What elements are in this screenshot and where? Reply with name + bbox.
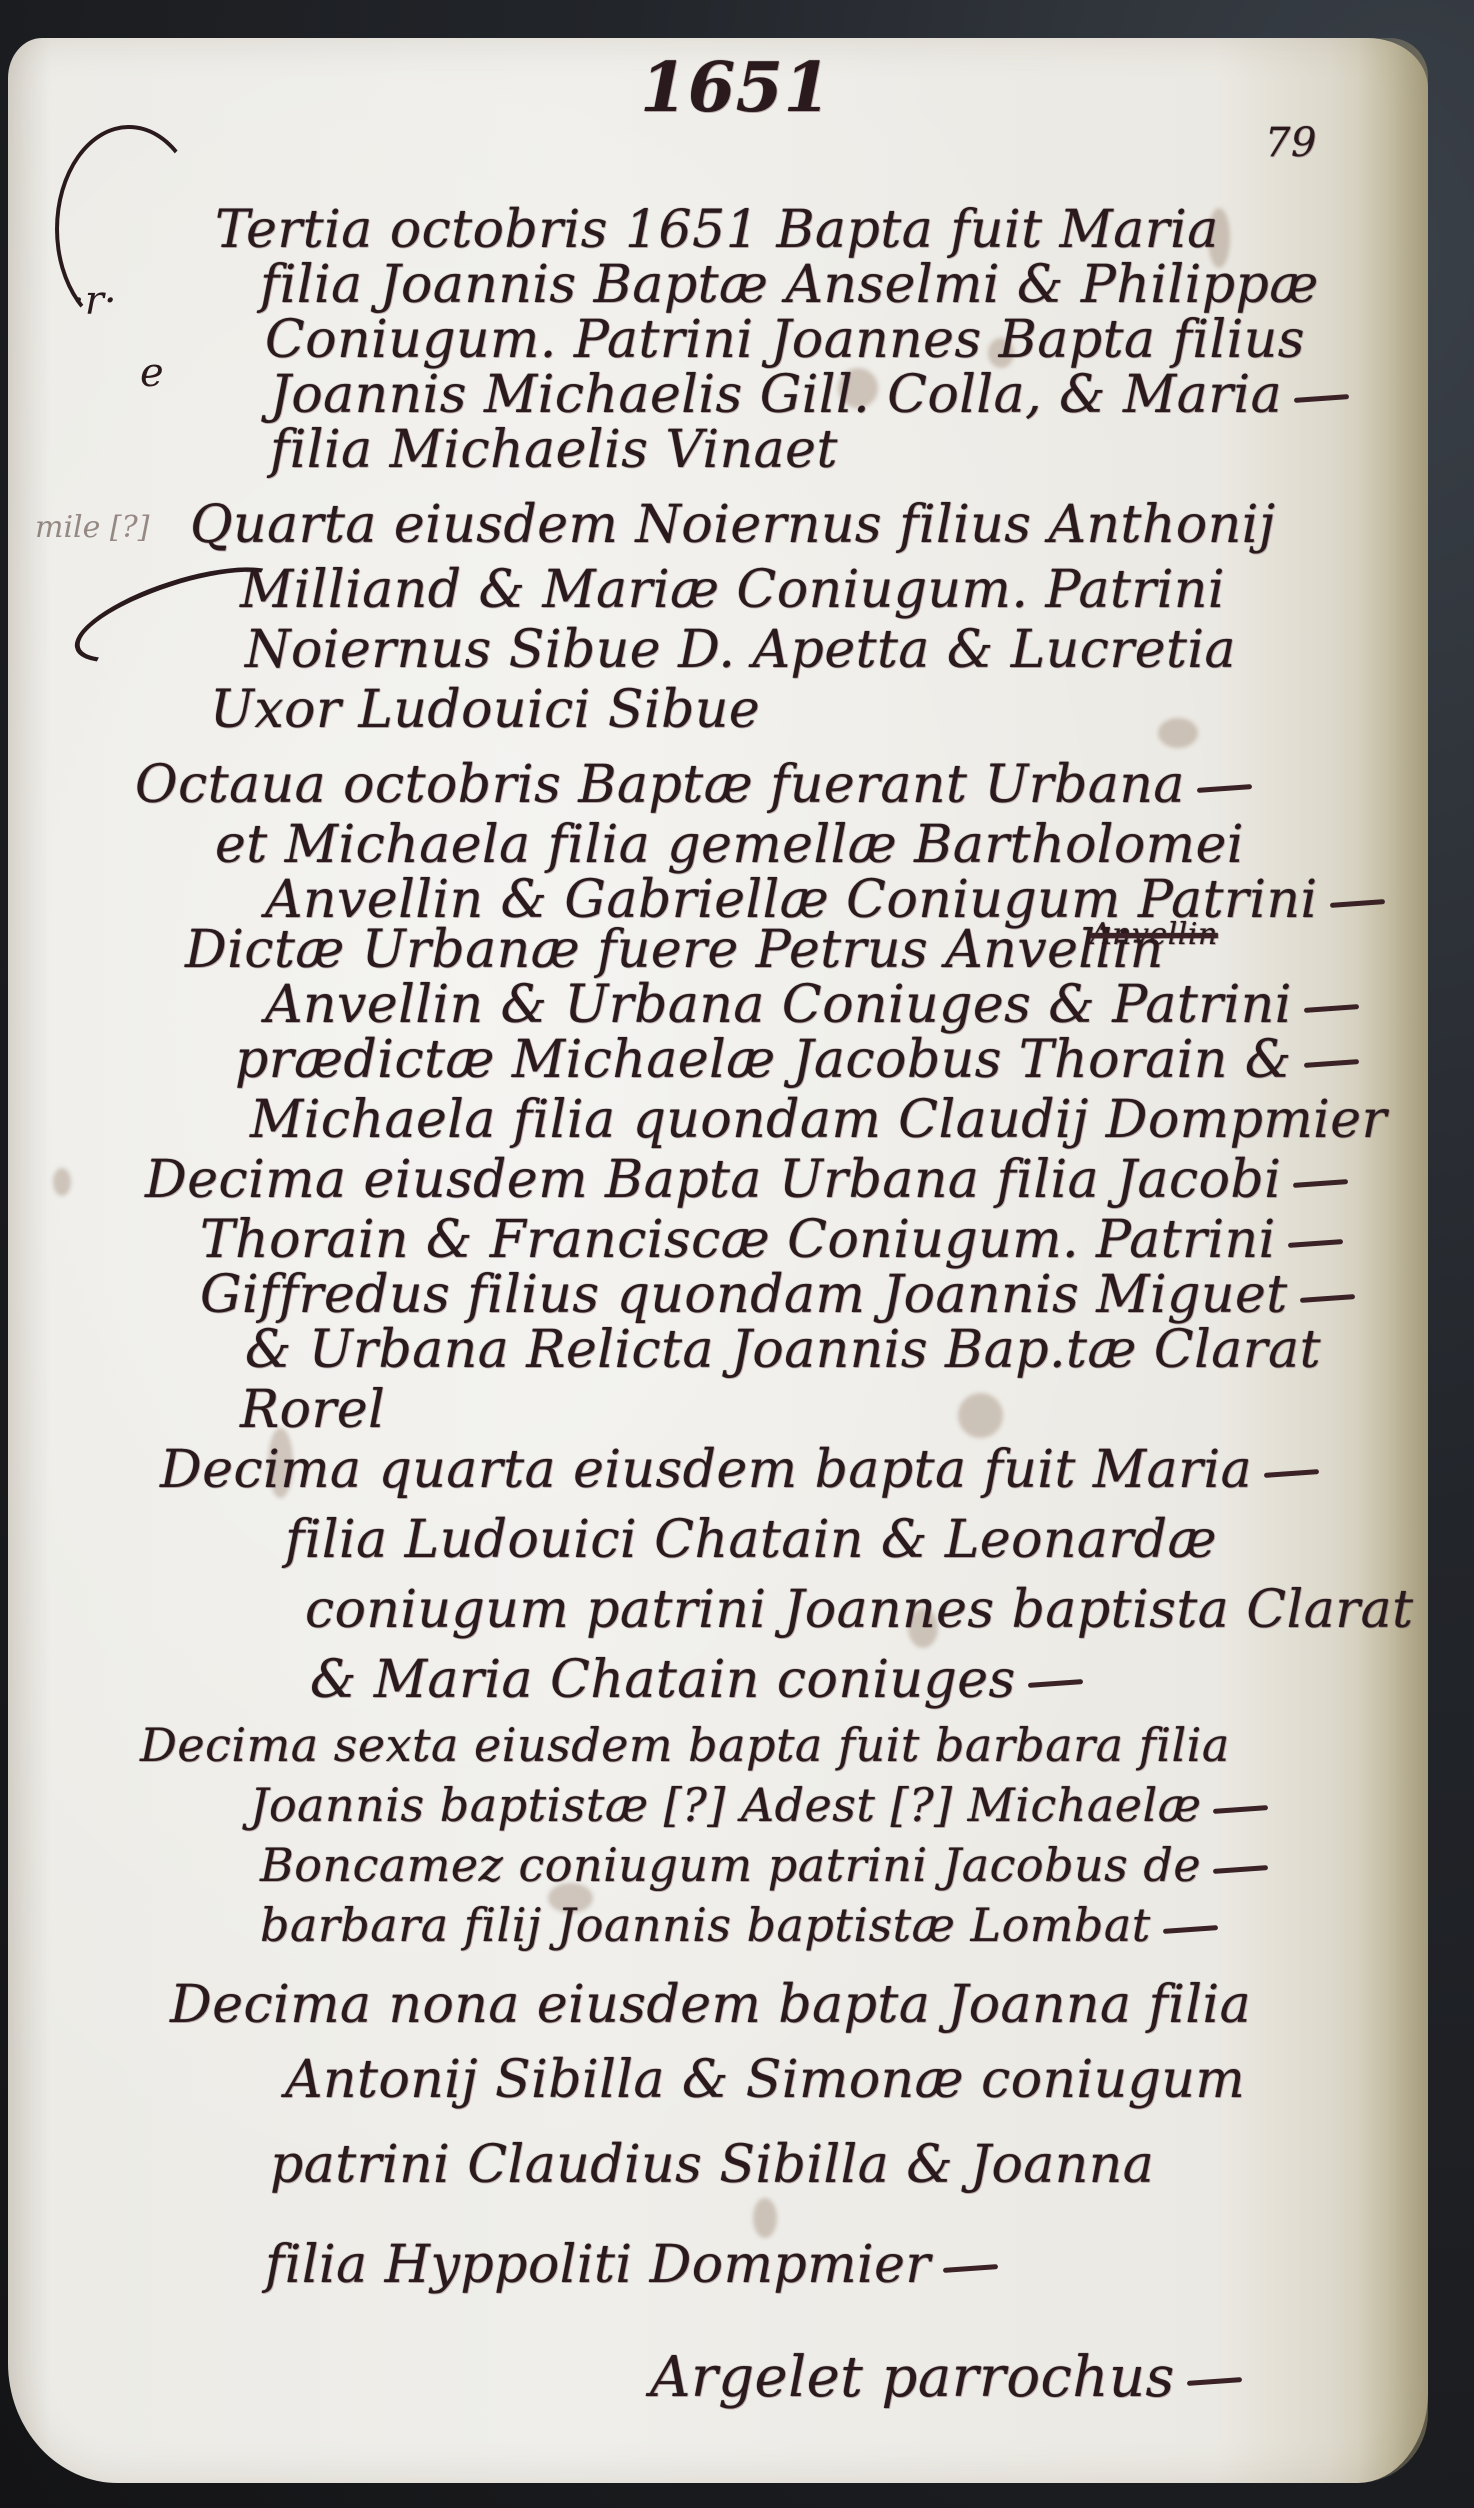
entry-text: Octaua octobris Baptæ fuerant Urbana	[135, 755, 1185, 815]
line-filler-dash	[1163, 1925, 1218, 1934]
entry-text: prædictæ Michaelæ Jacobus Thorain &	[235, 1030, 1292, 1090]
struck-out-text: Anvellin	[1090, 905, 1218, 965]
entry-line: filia Michaelis Vinaet	[270, 420, 838, 480]
entry-text: & Urbana Relicta Joannis Bap.tæ Clarat	[245, 1320, 1321, 1380]
entry-text: Uxor Ludouici Sibue	[210, 680, 760, 740]
entry-text: Joannis Michaelis Gill. Colla, & Maria	[270, 365, 1282, 425]
entry-text: Anvellin & Urbana Coniuges & Patrini	[265, 975, 1292, 1035]
entry-text: et Michaela filia gemellæ Bartholomei	[215, 815, 1244, 875]
entry-text: Tertia octobris 1651 Bapta fuit Maria	[215, 200, 1219, 260]
ink-bleed	[753, 2198, 777, 2238]
line-filler-dash	[1330, 899, 1385, 908]
line-filler-dash	[1288, 1239, 1343, 1248]
entry-line: Uxor Ludouici Sibue	[210, 680, 760, 740]
entry-line: patrini Claudius Sibilla & Joanna	[270, 2135, 1154, 2195]
entry-line: Decima sexta eiusdem bapta fuit barbara …	[140, 1715, 1230, 1775]
entry-line: Anvellin & Urbana Coniuges & Patrini	[265, 975, 1359, 1035]
entry-line: Tertia octobris 1651 Bapta fuit Maria	[215, 200, 1219, 260]
entry-text: Antonij Sibilla & Simonæ coniugum	[285, 2050, 1245, 2110]
entry-text: filia Ludouici Chatain & Leonardæ	[285, 1510, 1217, 1570]
entry-line: Giffredus filius quondam Joannis Miguet	[200, 1265, 1355, 1325]
entry-line: Thorain & Franciscæ Coniugum. Patrini	[200, 1210, 1343, 1270]
entry-text: Joannis baptistæ [?] Adest [?] Michaelæ	[250, 1778, 1201, 1832]
entry-text: Quarta eiusdem Noiernus filius Anthonij	[190, 495, 1275, 555]
entry-text: Decima nona eiusdem bapta Joanna filia	[170, 1975, 1251, 2035]
entry-text: patrini Claudius Sibilla & Joanna	[270, 2135, 1154, 2195]
line-filler-dash	[1213, 1865, 1268, 1874]
entry-line: Decima nona eiusdem bapta Joanna filia	[170, 1975, 1251, 2035]
entry-line: Noiernus Sibue D. Apetta & Lucretia	[245, 620, 1236, 680]
folio-number: 79	[1265, 120, 1317, 166]
entry-line: Decima quarta eiusdem bapta fuit Maria	[160, 1440, 1319, 1500]
entry-text: Michaela filia quondam Claudij Dompmier	[250, 1090, 1387, 1150]
entry-line: filia Ludouici Chatain & Leonardæ	[285, 1510, 1217, 1570]
margin-mark: ·r·	[72, 278, 117, 324]
entry-text: Milliand & Mariæ Coniugum. Patrini	[240, 560, 1225, 620]
year-heading: 1651	[640, 48, 831, 128]
entry-line: et Michaela filia gemellæ Bartholomei	[215, 815, 1244, 875]
entry-line: Joannis Michaelis Gill. Colla, & Maria	[270, 365, 1349, 425]
entry-line: & Urbana Relicta Joannis Bap.tæ Clarat	[245, 1320, 1321, 1380]
signature-flourish	[1187, 2377, 1242, 2386]
entry-line: prædictæ Michaelæ Jacobus Thorain &	[235, 1030, 1359, 1090]
entry-line: Octaua octobris Baptæ fuerant Urbana	[135, 755, 1252, 815]
entry-line: coniugum patrini Joannes baptista Clarat	[305, 1580, 1414, 1640]
entry-text: Rorel	[240, 1380, 385, 1440]
entry-text: & Maria Chatain coniuges	[310, 1650, 1016, 1710]
ink-bleed	[53, 1168, 71, 1196]
entry-line: Milliand & Mariæ Coniugum. Patrini	[240, 560, 1225, 620]
margin-note: mile [?]	[35, 510, 149, 545]
entry-line: & Maria Chatain coniuges	[310, 1650, 1083, 1710]
line-filler-dash	[1300, 1294, 1355, 1303]
entry-text: Decima quarta eiusdem bapta fuit Maria	[160, 1440, 1252, 1500]
entry-line: filia Hyppoliti Dompmier	[265, 2235, 998, 2295]
entry-line: Michaela filia quondam Claudij Dompmier	[250, 1090, 1387, 1150]
entry-text: Decima sexta eiusdem bapta fuit barbara …	[140, 1718, 1230, 1772]
line-filler-dash	[1304, 1059, 1359, 1068]
entry-text: Thorain & Franciscæ Coniugum. Patrini	[200, 1210, 1276, 1270]
entry-line: filia Joannis Baptæ Anselmi & Philippæ	[260, 255, 1319, 315]
signature-text: Argelet parrochus	[650, 2345, 1175, 2410]
line-filler-dash	[1294, 394, 1349, 403]
entry-text: Decima eiusdem Bapta Urbana filia Jacobi	[145, 1150, 1281, 1210]
entry-line: barbara filij Joannis baptistæ Lombat	[260, 1895, 1218, 1955]
line-filler-dash	[1293, 1179, 1348, 1188]
entry-text: Coniugum. Patrini Joannes Bapta filius	[265, 310, 1305, 370]
entry-text: barbara filij Joannis baptistæ Lombat	[260, 1898, 1151, 1952]
line-filler-dash	[1028, 1679, 1083, 1688]
entry-text: coniugum patrini Joannes baptista Clarat	[305, 1580, 1414, 1640]
entry-line: Rorel	[240, 1380, 385, 1440]
line-filler-dash	[1197, 784, 1252, 793]
entry-line: Quarta eiusdem Noiernus filius Anthonij	[190, 495, 1275, 555]
ink-bleed	[958, 1393, 1003, 1438]
entry-line: Boncamez coniugum patrini Jacobus de	[260, 1835, 1268, 1895]
page-fore-edge	[1358, 38, 1428, 2483]
entry-text: Noiernus Sibue D. Apetta & Lucretia	[245, 620, 1236, 680]
entry-text: Dictæ Urbanæ fuere Petrus Anvellin	[185, 920, 1164, 980]
entry-line: Coniugum. Patrini Joannes Bapta filius	[265, 310, 1305, 370]
line-filler-dash	[1213, 1805, 1268, 1814]
entry-line: Decima eiusdem Bapta Urbana filia Jacobi	[145, 1150, 1348, 1210]
entry-line: Dictæ Urbanæ fuere Petrus Anvellin	[185, 920, 1164, 980]
margin-mark: e	[140, 350, 164, 396]
priest-signature: Argelet parrochus	[650, 2345, 1242, 2410]
line-filler-dash	[1264, 1469, 1319, 1478]
entry-text: filia Michaelis Vinaet	[270, 420, 838, 480]
line-filler-dash	[1304, 1004, 1359, 1013]
ink-bleed	[1158, 718, 1198, 748]
entry-text: filia Joannis Baptæ Anselmi & Philippæ	[260, 255, 1319, 315]
entry-text: Giffredus filius quondam Joannis Miguet	[200, 1265, 1288, 1325]
entry-text: filia Hyppoliti Dompmier	[265, 2235, 931, 2295]
entry-line: Antonij Sibilla & Simonæ coniugum	[285, 2050, 1245, 2110]
entry-text: Boncamez coniugum patrini Jacobus de	[260, 1838, 1201, 1892]
line-filler-dash	[943, 2264, 998, 2273]
entry-line: Joannis baptistæ [?] Adest [?] Michaelæ	[250, 1775, 1268, 1835]
